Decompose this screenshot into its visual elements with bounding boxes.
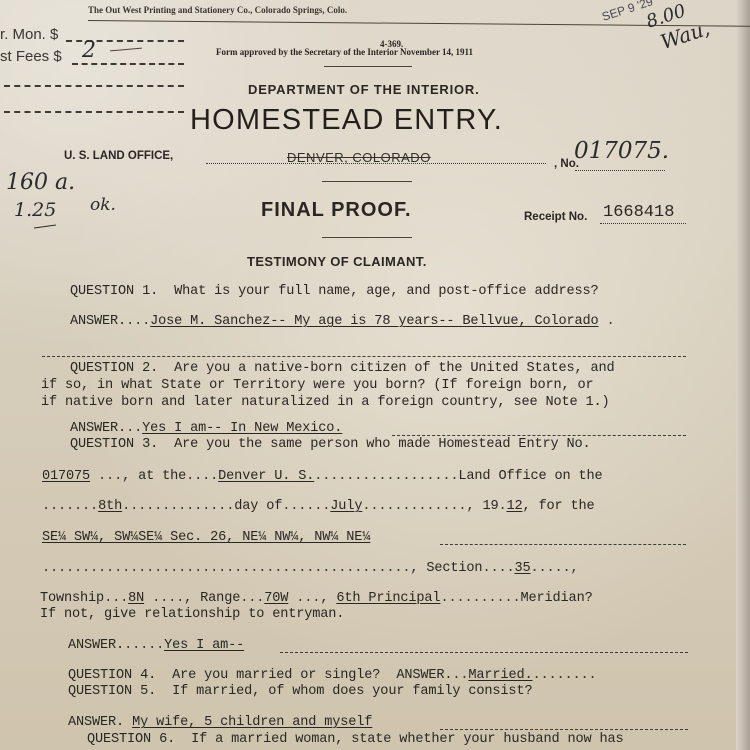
rate-note: 1.25	[14, 199, 56, 221]
testimony-heading: TESTIMONY OF CLAIMANT.	[247, 254, 427, 269]
question-3-line-6: Township...8N ...., Range...70W ..., 6th…	[40, 591, 593, 606]
answer-5: ANSWER. My wife, 5 children and myself	[68, 715, 372, 730]
entry-no-field: 017075	[42, 469, 90, 484]
receipt-number: 1668418	[603, 203, 674, 222]
question-3-line-2: 017075 ..., at the....Denver U. S.......…	[42, 469, 603, 484]
section-label: , Section	[410, 561, 482, 576]
page-edge-shadow	[736, 0, 750, 750]
question-3-text-1: Are you the same person who made Homeste…	[174, 437, 590, 452]
ok-note: ok.	[90, 195, 116, 215]
answer-fill-line	[280, 652, 688, 653]
question-2-label: QUESTION 2.	[70, 361, 158, 376]
question-6-label: QUESTION 6.	[87, 732, 175, 747]
document-title: HOMESTEAD ENTRY.	[190, 104, 503, 137]
answer-2: ANSWER...Yes I am-- In New Mexico.	[70, 421, 342, 436]
question-3-line-3: .......8th..............day of......July…	[42, 499, 595, 514]
form-approval: Form approved by the Secretary of the In…	[216, 47, 473, 57]
land-description-field: SE¼ SW¼, SW¼SE¼ Sec. 26, NE¼ NW¼, NW¼ NE…	[42, 530, 370, 545]
answer-4-value: Married.	[468, 668, 532, 683]
meridian-label: Meridian?	[521, 591, 593, 606]
question-3: QUESTION 3. Are you the same person who …	[70, 437, 591, 452]
answer-5-label: ANSWER.	[68, 715, 124, 730]
question-3-line-4: SE¼ SW¼, SW¼SE¼ Sec. 26, NE¼ NW¼, NW¼ NE…	[42, 530, 370, 545]
question-5-label: QUESTION 5.	[68, 684, 156, 699]
receipt-fill-line	[600, 223, 686, 224]
land-office-text: Land Office on the	[458, 469, 602, 484]
section-field: 35	[514, 561, 530, 576]
answer-fill-line	[392, 435, 686, 436]
question-2-text-2: if so, in what State or Territory were y…	[41, 378, 594, 393]
question-1: QUESTION 1. What is your full name, age,…	[70, 284, 599, 299]
range-label: , Range	[184, 591, 240, 606]
answer-1: ANSWER....Jose M. Sanchez-- My age is 78…	[70, 314, 615, 329]
printer-imprint: The Out West Printing and Stationery Co.…	[88, 5, 347, 15]
divider-rule	[322, 181, 412, 182]
question-6-text: If a married woman, state whether your h…	[191, 732, 623, 747]
question-3-text-last: If not, give relationship to entryman.	[40, 607, 344, 622]
question-1-label: QUESTION 1.	[70, 284, 158, 299]
margin-label-mon: r. Mon. $	[0, 26, 58, 43]
day-of-text: day of	[234, 499, 282, 514]
answer-fill-line	[440, 729, 688, 730]
answer-2-value: Yes I am-- In New Mexico.	[142, 421, 342, 436]
question-3-label: QUESTION 3.	[70, 437, 158, 452]
question-5: QUESTION 5. If married, of whom does you…	[68, 684, 532, 699]
year-field: 12	[506, 499, 522, 514]
township-field: 8N	[128, 591, 144, 606]
month-field: July	[330, 499, 362, 514]
answer-2-label: ANSWER.	[70, 421, 126, 436]
township-label: Township	[40, 591, 104, 606]
entry-no-fill-line	[575, 170, 665, 171]
question-4: QUESTION 4. Are you married or single? A…	[68, 668, 597, 683]
land-office-label: U. S. LAND OFFICE,	[64, 150, 173, 162]
question-5-text: If married, of whom does your family con…	[172, 684, 532, 699]
day-field: 8th	[98, 499, 122, 514]
acreage-note: 160 a.	[6, 170, 75, 195]
answer-3-value: Yes I am--	[164, 638, 244, 653]
margin-fill-line	[4, 85, 184, 87]
receipt-label: Receipt No.	[524, 211, 587, 223]
final-proof-heading: FINAL PROOF.	[261, 199, 412, 222]
divider-rule	[322, 237, 412, 238]
land-office-value: DENVER, COLORADO	[287, 150, 431, 165]
question-4-label: QUESTION 4.	[68, 668, 156, 683]
margin-label-fees: st Fees $	[0, 48, 62, 65]
entry-no-value: 017075.	[574, 138, 669, 164]
answer-3: ANSWER......Yes I am--	[68, 638, 244, 653]
answer-1-value: Jose M. Sanchez-- My age is 78 years-- B…	[150, 314, 598, 329]
range-field: 70W	[264, 591, 288, 606]
margin-fill-line	[72, 63, 184, 65]
answer-5-value: My wife, 5 children and myself	[132, 715, 372, 730]
question-4-text: Are you married or single?	[172, 668, 380, 683]
question-2-text-1: Are you a native-born citizen of the Uni…	[174, 361, 614, 376]
answer-3-label: ANSWER.	[68, 638, 124, 653]
meridian-field: 6th Principal	[336, 591, 440, 606]
for-the-text: , for the	[523, 499, 595, 514]
at-the-text: , at the	[122, 469, 186, 484]
answer-fill-line	[440, 544, 686, 545]
answer-fill-line	[42, 356, 686, 357]
margin-fill-line	[4, 111, 184, 113]
answer-4-label: ANSWER.	[396, 668, 452, 683]
approval-rule	[324, 66, 412, 67]
question-2: QUESTION 2. Are you a native-born citize…	[70, 361, 615, 376]
question-6: QUESTION 6. If a married woman, state wh…	[87, 732, 624, 747]
answer-1-label: ANSWER.	[70, 314, 126, 329]
question-3-line-5: ........................................…	[42, 561, 579, 576]
question-1-text: What is your full name, age, and post-of…	[174, 284, 598, 299]
office-field: Denver U. S.	[218, 469, 314, 484]
fee-handwritten: 2	[82, 38, 96, 63]
year-prefix: , 19	[466, 499, 498, 514]
department-heading: DEPARTMENT OF THE INTERIOR.	[248, 82, 480, 97]
question-2-text-3: if native born and later naturalized in …	[41, 395, 610, 410]
